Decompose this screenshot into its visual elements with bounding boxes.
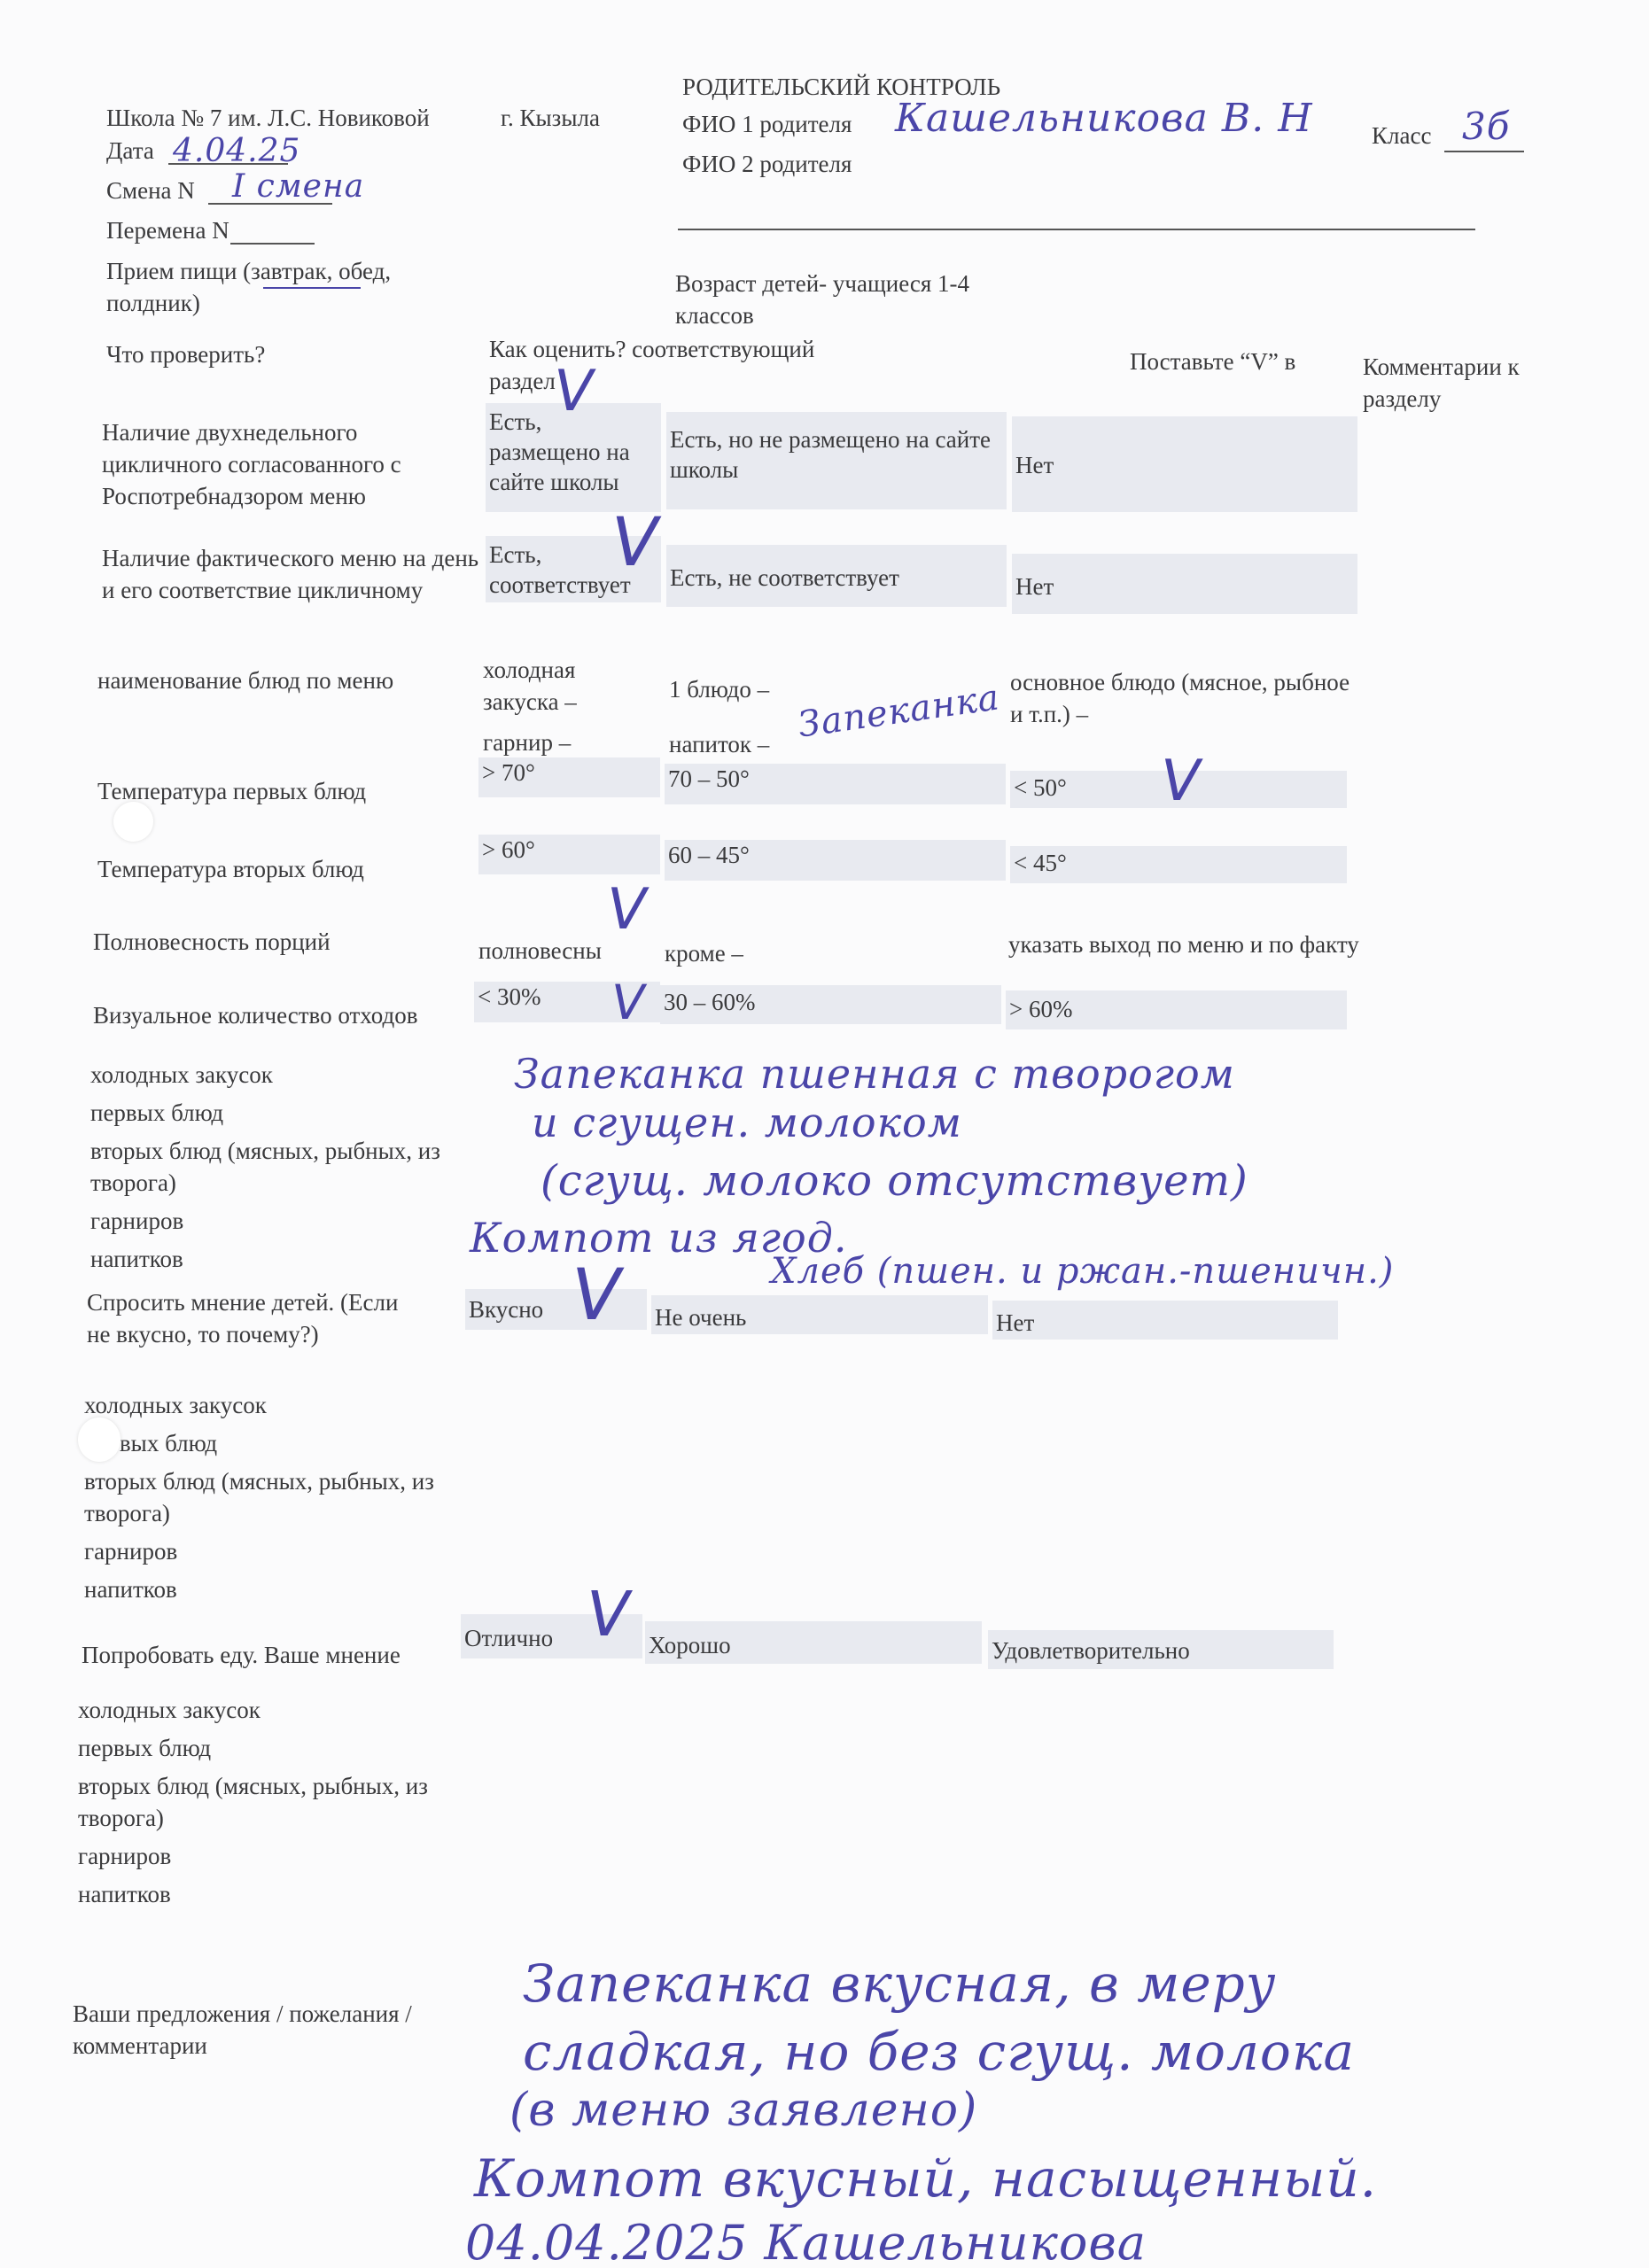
row4-option-2[interactable]: 70 – 50° xyxy=(665,764,1006,804)
category-second: вторых блюд (мясных, рыбных, из творога) xyxy=(90,1135,463,1199)
category-garnish: гарниров xyxy=(84,1535,465,1567)
col-what: Что проверить? xyxy=(106,338,265,370)
row5-option-1[interactable]: > 60° xyxy=(478,835,660,874)
category-cold: холодных закусок xyxy=(84,1389,465,1421)
row2-option-3[interactable]: Нет xyxy=(1012,554,1357,614)
signature-date: 04.04.2025 Кашельникова xyxy=(465,2215,1147,2268)
row7-option-2[interactable]: 30 – 60% xyxy=(660,985,1001,1024)
category-drinks: напитков xyxy=(78,1878,459,1910)
row5-option-3[interactable]: < 45° xyxy=(1010,846,1347,883)
row6-option-1[interactable]: полновесны xyxy=(478,935,602,967)
category-drinks: напитков xyxy=(84,1573,465,1605)
parent1-label: ФИО 1 родителя xyxy=(682,108,852,140)
category-drinks: напитков xyxy=(90,1243,471,1275)
row6-option-3[interactable]: указать выход по меню и по факту xyxy=(1008,928,1363,960)
field-first-course[interactable]: 1 блюдо – xyxy=(669,673,769,705)
row1-option-3[interactable]: Нет xyxy=(1012,416,1357,512)
children-option-3[interactable]: Нет xyxy=(992,1301,1338,1340)
paper-blemish xyxy=(78,1417,121,1462)
col-comments: Комментарии к разделу xyxy=(1363,351,1567,415)
dish-categories-1: холодных закусок первых блюд вторых блюд… xyxy=(90,1059,471,1275)
col-how: Как оценить? соответствующий раздел xyxy=(489,333,861,397)
category-second: вторых блюд (мясных, рыбных, из творога) xyxy=(84,1465,456,1529)
category-garnish: гарниров xyxy=(90,1205,471,1237)
paper-blemish xyxy=(113,802,153,842)
dish-categories-2: холодных закусок первых блюд вторых блюд… xyxy=(84,1389,465,1605)
field-main-course[interactable]: основное блюдо (мясное, рыбное и т.п.) – xyxy=(1010,666,1365,730)
date-label: Дата xyxy=(106,135,154,167)
age-label: Возраст детей- учащиеся 1-4 классов xyxy=(675,268,1047,331)
row5-option-2[interactable]: 60 – 45° xyxy=(665,840,1006,881)
children-option-2[interactable]: Не очень xyxy=(651,1295,988,1334)
row6-label: Полновесность порций xyxy=(93,926,331,958)
meal-selected-underline xyxy=(263,287,361,289)
shift-label: Смена N xyxy=(106,175,195,206)
row6-option-2[interactable]: кроме – xyxy=(665,937,743,969)
class-underline xyxy=(1444,151,1524,152)
row1-option-2[interactable]: Есть, но не размещено на сайте школы xyxy=(666,412,1007,509)
school-name: Школа № 7 им. Л.С. Новиковой xyxy=(106,102,430,134)
row3-label: наименование блюд по меню xyxy=(97,664,393,696)
taste-opinion-label: Попробовать еду. Ваше мнение xyxy=(82,1639,401,1671)
city: г. Кызыла xyxy=(501,102,600,134)
comment-line-5: Хлеб (пшен. и ржан.-пшеничн.) xyxy=(771,1251,1394,1292)
row5-label: Температура вторых блюд xyxy=(97,853,364,885)
field-cold-snack[interactable]: холодная закуска – xyxy=(483,654,642,718)
category-first: первых блюд xyxy=(78,1732,459,1764)
parent2-field[interactable] xyxy=(678,229,1475,230)
col-mark: Поставьте “V” в xyxy=(1130,346,1295,377)
parent1-field[interactable]: Кашельникова В. Н xyxy=(895,96,1313,141)
taste-option-3[interactable]: Удовлетворительно xyxy=(988,1630,1334,1669)
suggestions-label: Ваши предложения / пожелания / комментар… xyxy=(73,1998,463,2062)
row6-check-mark: V xyxy=(602,882,650,938)
suggestion-line-3: (в меню заявлено) xyxy=(509,2084,977,2137)
comment-line-3: (сгущ. молоко отсутствует) xyxy=(541,1156,1248,1206)
row7-label: Визуальное количество отходов xyxy=(93,999,418,1031)
category-garnish: гарниров xyxy=(78,1840,459,1872)
row2-label: Наличие фактического меню на день и его … xyxy=(102,542,483,606)
parent2-label: ФИО 2 родителя xyxy=(682,148,852,180)
comment-line-2: и сгущен. молоком xyxy=(532,1099,962,1146)
class-label: Класс xyxy=(1372,120,1431,151)
children-check-mark: V xyxy=(566,1267,625,1324)
category-cold: холодных закусок xyxy=(90,1059,471,1091)
suggestion-line-4: Компот вкусный, насыщенный. xyxy=(474,2148,1377,2209)
row2-option-2[interactable]: Есть, не соответствует xyxy=(666,545,1007,607)
break-label: Перемена N xyxy=(106,214,229,246)
children-opinion-label: Спросить мнение детей. (Если не вкусно, … xyxy=(87,1286,406,1350)
category-first: первых блюд xyxy=(84,1427,465,1459)
row4-option-1[interactable]: > 70° xyxy=(478,757,660,797)
field-drink[interactable]: напиток – xyxy=(669,728,769,760)
shift-field[interactable]: I смена xyxy=(232,168,364,205)
category-cold: холодных закусок xyxy=(78,1694,459,1726)
comment-line-1: Запеканка пшенная с творогом xyxy=(514,1050,1235,1098)
class-field[interactable]: 3б xyxy=(1462,105,1510,148)
suggestion-line-2: сладкая, но без сгущ. молока xyxy=(523,2022,1355,2082)
taste-option-2[interactable]: Хорошо xyxy=(645,1621,982,1664)
category-second: вторых блюд (мясных, рыбных, из творога) xyxy=(78,1770,450,1834)
field-garnish[interactable]: гарнир – xyxy=(483,726,571,758)
category-first: первых блюд xyxy=(90,1097,471,1129)
handwritten-dish: Запеканка xyxy=(796,677,1002,745)
row1-label: Наличие двухнедельного цикличного соглас… xyxy=(102,416,474,512)
date-field[interactable]: 4.04.25 xyxy=(173,133,300,169)
dish-categories-3: холодных закусок первых блюд вторых блюд… xyxy=(78,1694,459,1910)
break-field[interactable] xyxy=(230,243,315,245)
suggestion-line-1: Запеканка вкусная, в меру xyxy=(523,1953,1276,2014)
row7-option-3[interactable]: > 60% xyxy=(1006,990,1347,1029)
